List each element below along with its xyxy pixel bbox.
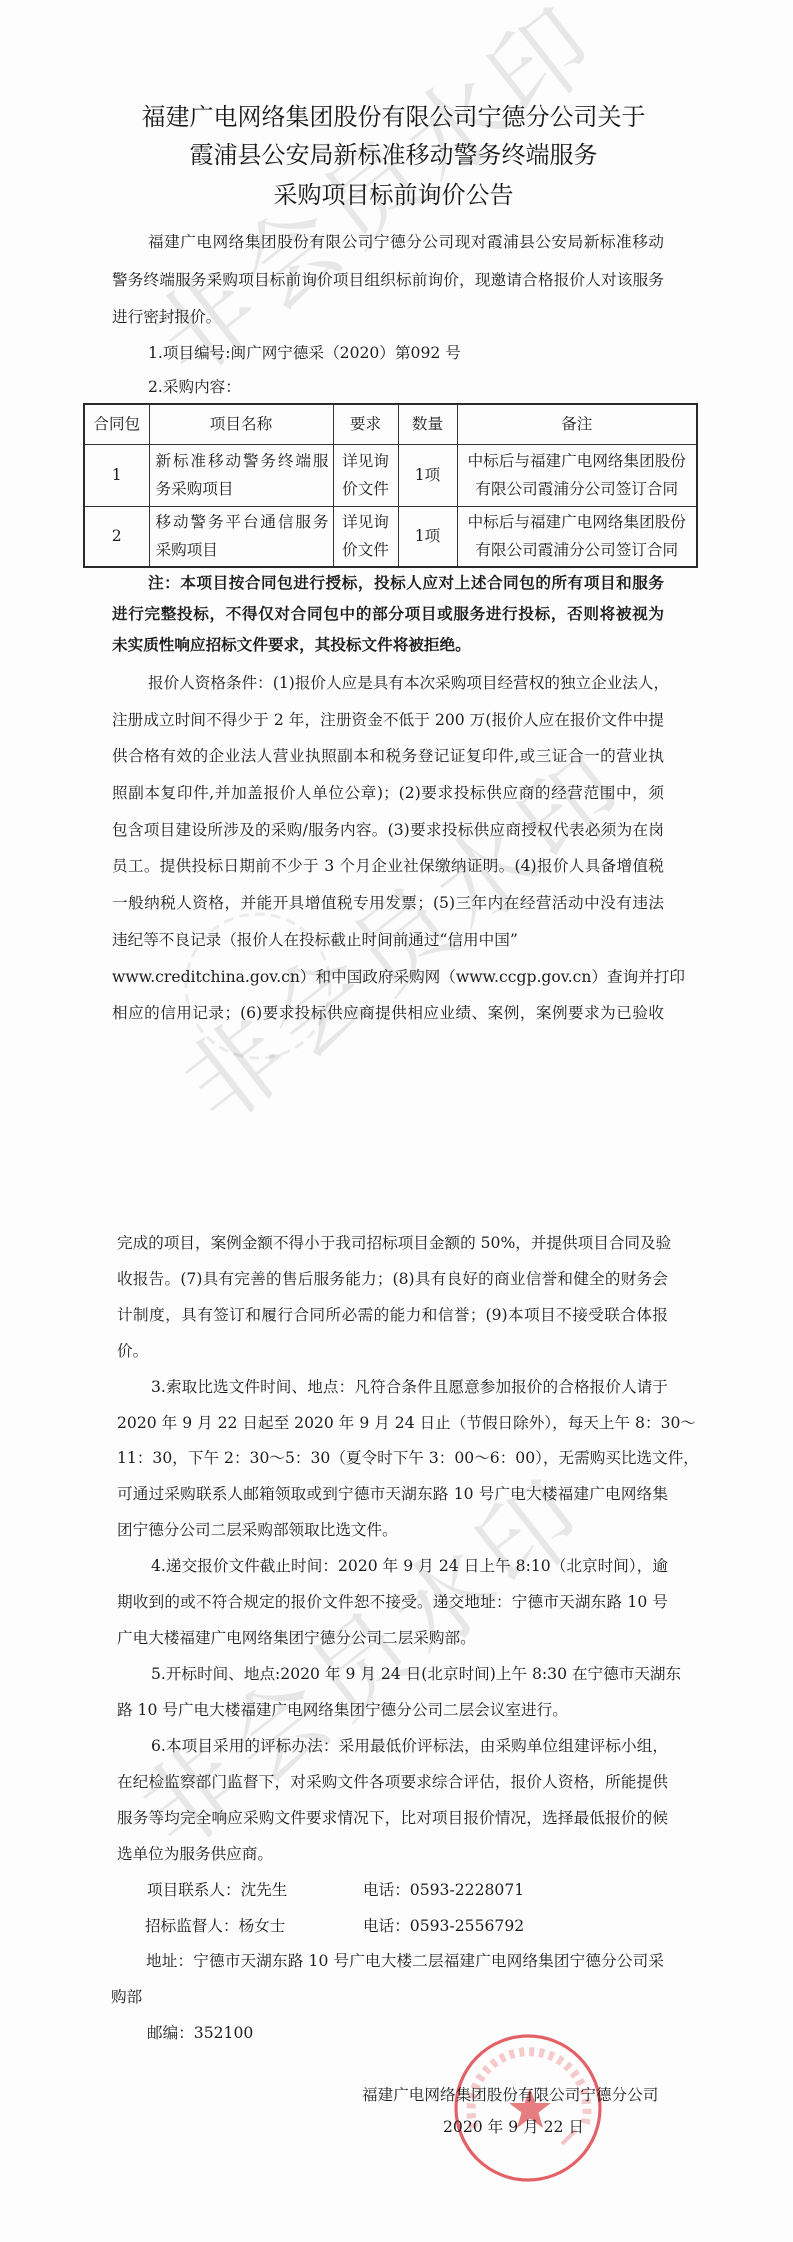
qualification-line: www.creditchina.gov.cn）和中国政府采购网（www.ccgp… [112, 959, 664, 995]
qualification-line: 违纪等不良记录（报价人在投标截止时间前通过“信用中国” [112, 922, 664, 958]
header-item-name: 项目名称 [149, 404, 333, 444]
qualification-line: 价。 [117, 1333, 668, 1369]
cell-line: 务采购项目 [156, 475, 329, 503]
cell-line: 详见询 [334, 447, 398, 475]
intro-line: 警务终端服务采购项目标前询价项目组织标前询价，现邀请合格报价人对该服务 [112, 262, 664, 298]
address-line: 地址：宁德市天湖东路 10 号广电大楼二层福建广电网络集团宁德分公司采 [146, 1943, 664, 1979]
project-contact: 项目联系人：沈先生 [147, 1872, 287, 1908]
table-row: 2 移动警务平台通信服务 采购项目 详见询 价文件 1项 中标后与福建广电网络集… [84, 506, 697, 567]
header-requirement: 要求 [333, 404, 398, 444]
section3-line: 团宁德分公司二层采购部领取比选文件。 [117, 1512, 668, 1548]
table-header-row: 合同包 项目名称 要求 数量 备注 [84, 404, 697, 444]
document-title-line: 采购项目标前询价公告 [0, 175, 787, 215]
qualification-line: 报价人资格条件：(1)报价人应是具有本次采购项目经营权的独立企业法人， [148, 665, 664, 701]
section3-line: 3.索取比选文件时间、地点：凡符合条件且愿意参加报价的合格报价人请于 [151, 1369, 668, 1405]
cell-quantity: 1项 [398, 506, 457, 567]
address-line: 购部 [111, 1979, 142, 2015]
section5-line: 路 10 号广电大楼福建广电网络集团宁德分公司二层会议室进行。 [117, 1692, 668, 1728]
cell-quantity: 1项 [398, 444, 457, 506]
cell-line: 移动警务平台通信服务 [156, 508, 329, 536]
cell-line: 中标后与福建广电网络集团股份 [458, 447, 697, 475]
cell-requirement: 详见询 价文件 [333, 444, 398, 506]
section4-line: 4.递交报价文件截止时间：2020 年 9 月 24 日上午 8:10（北京时间… [151, 1548, 668, 1584]
header-quantity: 数量 [398, 404, 457, 444]
cell-line: 有限公司霞浦分公司签订合同 [458, 536, 697, 564]
table-row: 1 新标准移动警务终端服 务采购项目 详见询 价文件 1项 中标后与福建广电网络… [84, 444, 697, 506]
official-seal-icon [452, 2032, 608, 2188]
section4-line: 广电大楼福建广电网络集团宁德分公司二层采购部。 [117, 1620, 668, 1656]
section3-line: 2020 年 9 月 22 日起至 2020 年 9 月 24 日止（节假日除外… [117, 1405, 668, 1441]
section5-line: 5.开标时间、地点:2020 年 9 月 24 日(北京时间)上午 8:30 在… [151, 1656, 668, 1692]
project-contact-phone: 电话：0593-2228071 [363, 1872, 524, 1908]
section3-line: 11：30，下午 2：30～5：30（夏令时下午 3：00～6：00），无需购买… [117, 1440, 668, 1476]
qualification-line: 完成的项目，案例金额不得小于我司招标项目金额的 50%，并提供项目合同及验 [117, 1225, 668, 1261]
qualification-line: 照副本复印件,并加盖报价人单位公章)；(2)要求投标供应商的经营范围中，须 [112, 775, 664, 811]
section6-line: 在纪检监察部门监督下，对采购文件各项要求综合评估，报价人资格，所能提供 [117, 1764, 668, 1800]
note-line: 未实质性响应招标文件要求，其投标文件将被拒绝。 [112, 627, 664, 663]
section4-line: 期收到的或不符合规定的报价文件恕不接受。递交地址：宁德市天湖东路 10 号 [117, 1584, 668, 1620]
cell-line: 新标准移动警务终端服 [156, 447, 329, 475]
cell-line: 价文件 [334, 475, 398, 503]
postcode: 邮编：352100 [147, 2015, 253, 2051]
qualification-line: 计制度，具有签订和履行合同所必需的能力和信誉；(9)本项目不接受联合体报 [117, 1297, 668, 1333]
cell-remark: 中标后与福建广电网络集团股份 有限公司霞浦分公司签订合同 [457, 444, 697, 506]
document-title-line: 福建广电网络集团股份有限公司宁德分公司关于 [0, 97, 787, 137]
header-remark: 备注 [457, 404, 697, 444]
qualification-line: 注册成立时间不得少于 2 年，注册资金不低于 200 万(报价人应在报价文件中提 [112, 702, 664, 738]
cell-line: 中标后与福建广电网络集团股份 [458, 508, 697, 536]
cell-line: 采购项目 [156, 536, 329, 564]
qualification-line: 一般纳税人资格，并能开具增值税专用发票；(5)三年内在经营活动中没有违法 [112, 885, 664, 921]
qualification-line: 包含项目建设所涉及的采购/服务内容。(3)要求投标供应商授权代表必须为在岗 [112, 812, 664, 848]
document-title-line: 霞浦县公安局新标准移动警务终端服务 [0, 135, 787, 175]
supervisor-contact: 招标监督人：杨女士 [145, 1908, 285, 1944]
qualification-line: 员工。提供投标日期前不少于 3 个月企业社保缴纳证明。(4)报价人具备增值税 [112, 848, 664, 884]
cell-package: 1 [84, 444, 149, 506]
section6-line: 选单位为服务供应商。 [117, 1836, 668, 1872]
cell-package: 2 [84, 506, 149, 567]
cell-item-name: 移动警务平台通信服务 采购项目 [149, 506, 333, 567]
qualification-line: 供合格有效的企业法人营业执照副本和税务登记证复印件,或三证合一的营业执 [112, 738, 664, 774]
section6-line: 6.本项目采用的评标办法：采用最低价评标法，由采购单位组建评标小组， [151, 1728, 668, 1764]
intro-line: 福建广电网络集团股份有限公司宁德分公司现对霞浦县公安局新标准移动 [148, 224, 664, 260]
qualification-line: 相应的信用记录；(6)要求投标供应商提供相应业绩、案例，案例要求为已验收 [112, 995, 664, 1031]
project-number: 1.项目编号:闽广网宁德采（2020）第092 号 [148, 335, 664, 371]
supervisor-phone: 电话：0593-2556792 [363, 1908, 524, 1944]
cell-line: 详见询 [334, 508, 398, 536]
procurement-heading: 2.采购内容： [148, 369, 664, 405]
procurement-table: 合同包 项目名称 要求 数量 备注 1 新标准移动警务终端服 务采购项目 详见询… [83, 403, 698, 568]
cell-line: 有限公司霞浦分公司签订合同 [458, 475, 697, 503]
cell-item-name: 新标准移动警务终端服 务采购项目 [149, 444, 333, 506]
cell-remark: 中标后与福建广电网络集团股份 有限公司霞浦分公司签订合同 [457, 506, 697, 567]
header-package: 合同包 [84, 404, 149, 444]
intro-line: 进行密封报价。 [112, 299, 664, 335]
qualification-line: 收报告。(7)具有完善的售后服务能力；(8)具有良好的商业信誉和健全的财务会 [117, 1261, 668, 1297]
section6-line: 服务等均完全响应采购文件要求情况下，比对项目报价情况，选择最低报价的候 [117, 1800, 668, 1836]
cell-line: 价文件 [334, 536, 398, 564]
cell-requirement: 详见询 价文件 [333, 506, 398, 567]
document-page: 非会员水印 非会员水印 非会员水印 福建广电网络集团股份有限公司宁德分公司关于 … [0, 0, 793, 2242]
section3-line: 可通过采购联系人邮箱领取或到宁德市天湖东路 10 号广电大楼福建广电网络集 [117, 1476, 668, 1512]
